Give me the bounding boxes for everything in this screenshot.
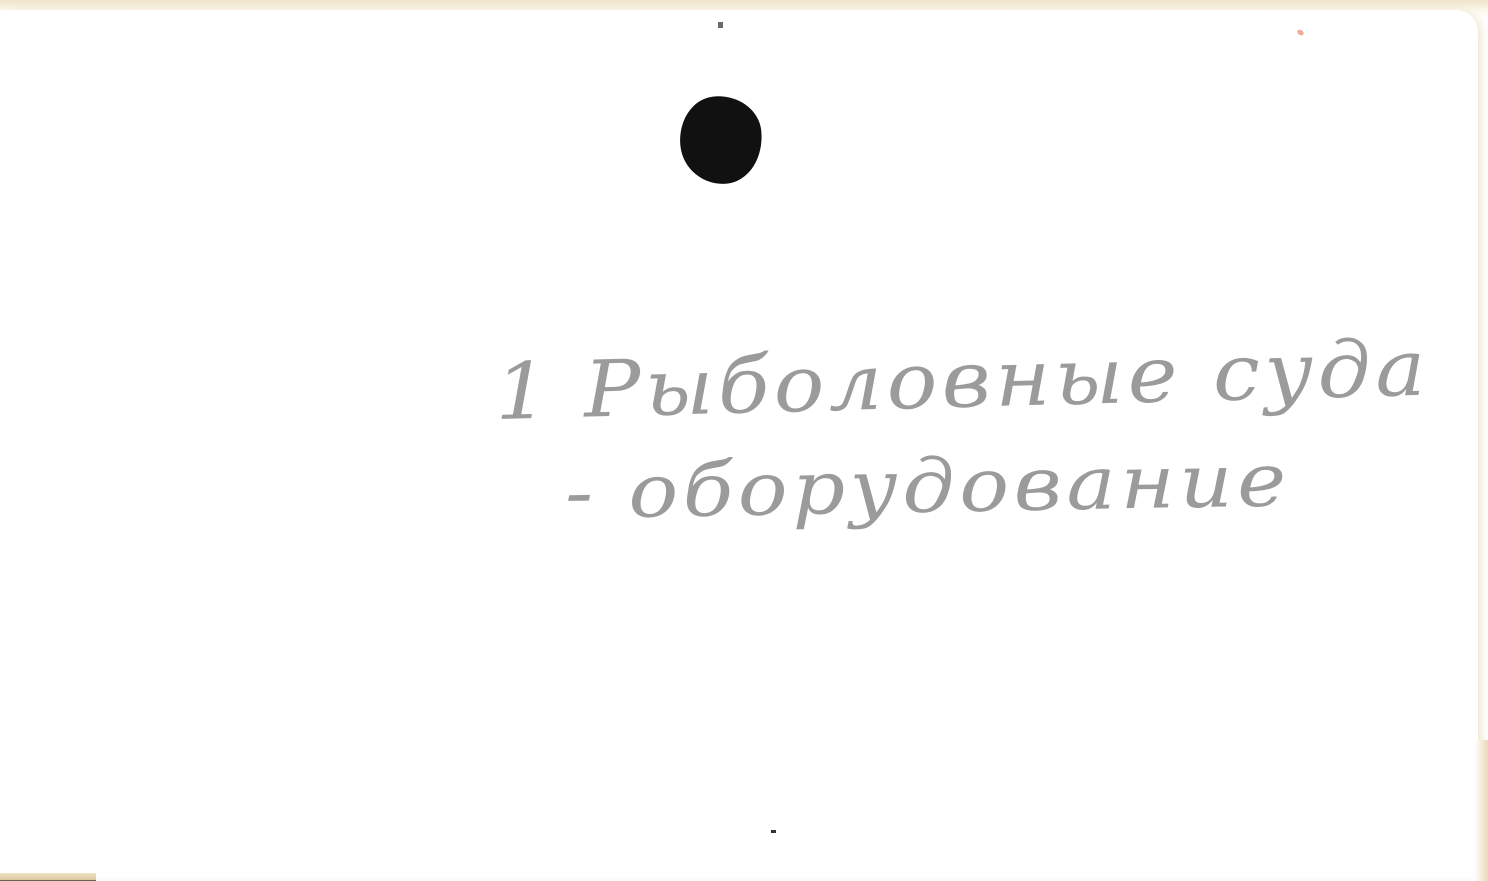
scanned-card-image: 1 Рыболовные суда - оборудование bbox=[0, 0, 1488, 881]
dust-speck bbox=[718, 22, 723, 28]
handwritten-line-1: 1 Рыболовные суда bbox=[494, 324, 1431, 438]
handwritten-line-2: - оборудование bbox=[564, 437, 1291, 536]
dust-speck bbox=[771, 830, 776, 833]
paper-edge-right bbox=[1474, 740, 1488, 881]
index-card: 1 Рыболовные суда - оборудование bbox=[0, 10, 1478, 878]
punch-hole bbox=[676, 92, 767, 188]
paper-edge-bottom bbox=[0, 873, 96, 881]
